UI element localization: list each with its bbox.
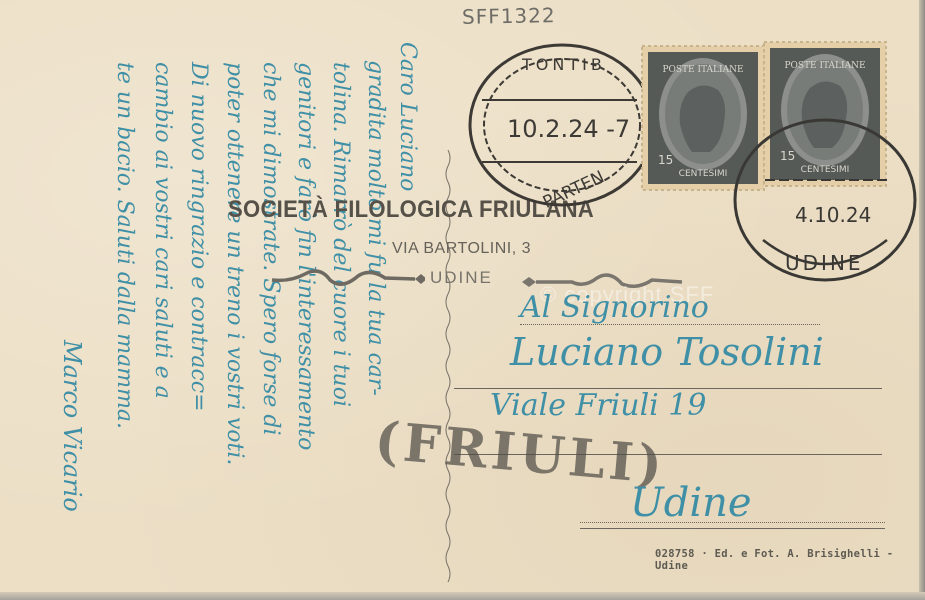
message-line: te un bacio. Saluti dalla mamma. xyxy=(112,62,137,429)
recipient-salutation: Al Signorino xyxy=(520,290,709,325)
signature: Marco Vicario xyxy=(58,340,86,512)
postcard: SFF1322 Caro Luciano gradita molto mi fu… xyxy=(0,0,925,600)
message-line: cambio ai vostri cari saluti e a xyxy=(150,62,175,399)
stamp-issuer: POSTE ITALIANE xyxy=(662,65,743,75)
ornament-left-icon xyxy=(270,268,425,290)
postmark-udine: 4.10.24 UDINE xyxy=(725,110,920,285)
stamp-issuer: POSTE ITALIANE xyxy=(784,61,865,71)
address-rule xyxy=(580,528,885,529)
printer-credit: 028758 · Ed. e Fot. A. Brisighelli - Udi… xyxy=(655,548,925,572)
catalog-number: SFF1322 xyxy=(462,3,556,29)
scan-edge xyxy=(919,0,925,600)
message-line: tolina. Rimarrò del cuore i tuoi xyxy=(328,62,353,407)
svg-text:TONTIB: TONTIB xyxy=(521,55,606,74)
message-line: Caro Luciano xyxy=(395,42,420,191)
message-line: che mi dimostrate. Spero forse di xyxy=(258,62,283,435)
postmark-date: 10.2.24 -7 xyxy=(507,115,630,143)
censor-stamp: (FRIULI) xyxy=(372,410,668,496)
stamp-unit: CENTESIMI xyxy=(679,169,728,179)
recipient-city: Udine xyxy=(630,480,752,526)
message-line: gradita molto mi fu la tua car- xyxy=(363,60,388,396)
message-line: poter ottenere un treno i vostri voti. xyxy=(222,62,247,465)
recipient-street: Viale Friuli 19 xyxy=(490,388,706,423)
sender-street: VIA BARTOLINI, 3 xyxy=(392,240,531,258)
postmark-parten: 10.2.24 -7 PARTEN TONTIB xyxy=(462,40,662,210)
stamp-denomination: 15 xyxy=(658,153,673,167)
message-line: genitori e farò fin l'interessamento xyxy=(293,62,318,450)
recipient-name: Luciano Tosolini xyxy=(510,330,824,374)
sender-city: UDINE xyxy=(430,268,493,288)
postmark-label: UDINE xyxy=(785,251,864,275)
message-line: Di nuovo ringrazio e contracc= xyxy=(186,62,211,412)
postmark-date: 4.10.24 xyxy=(795,203,871,227)
